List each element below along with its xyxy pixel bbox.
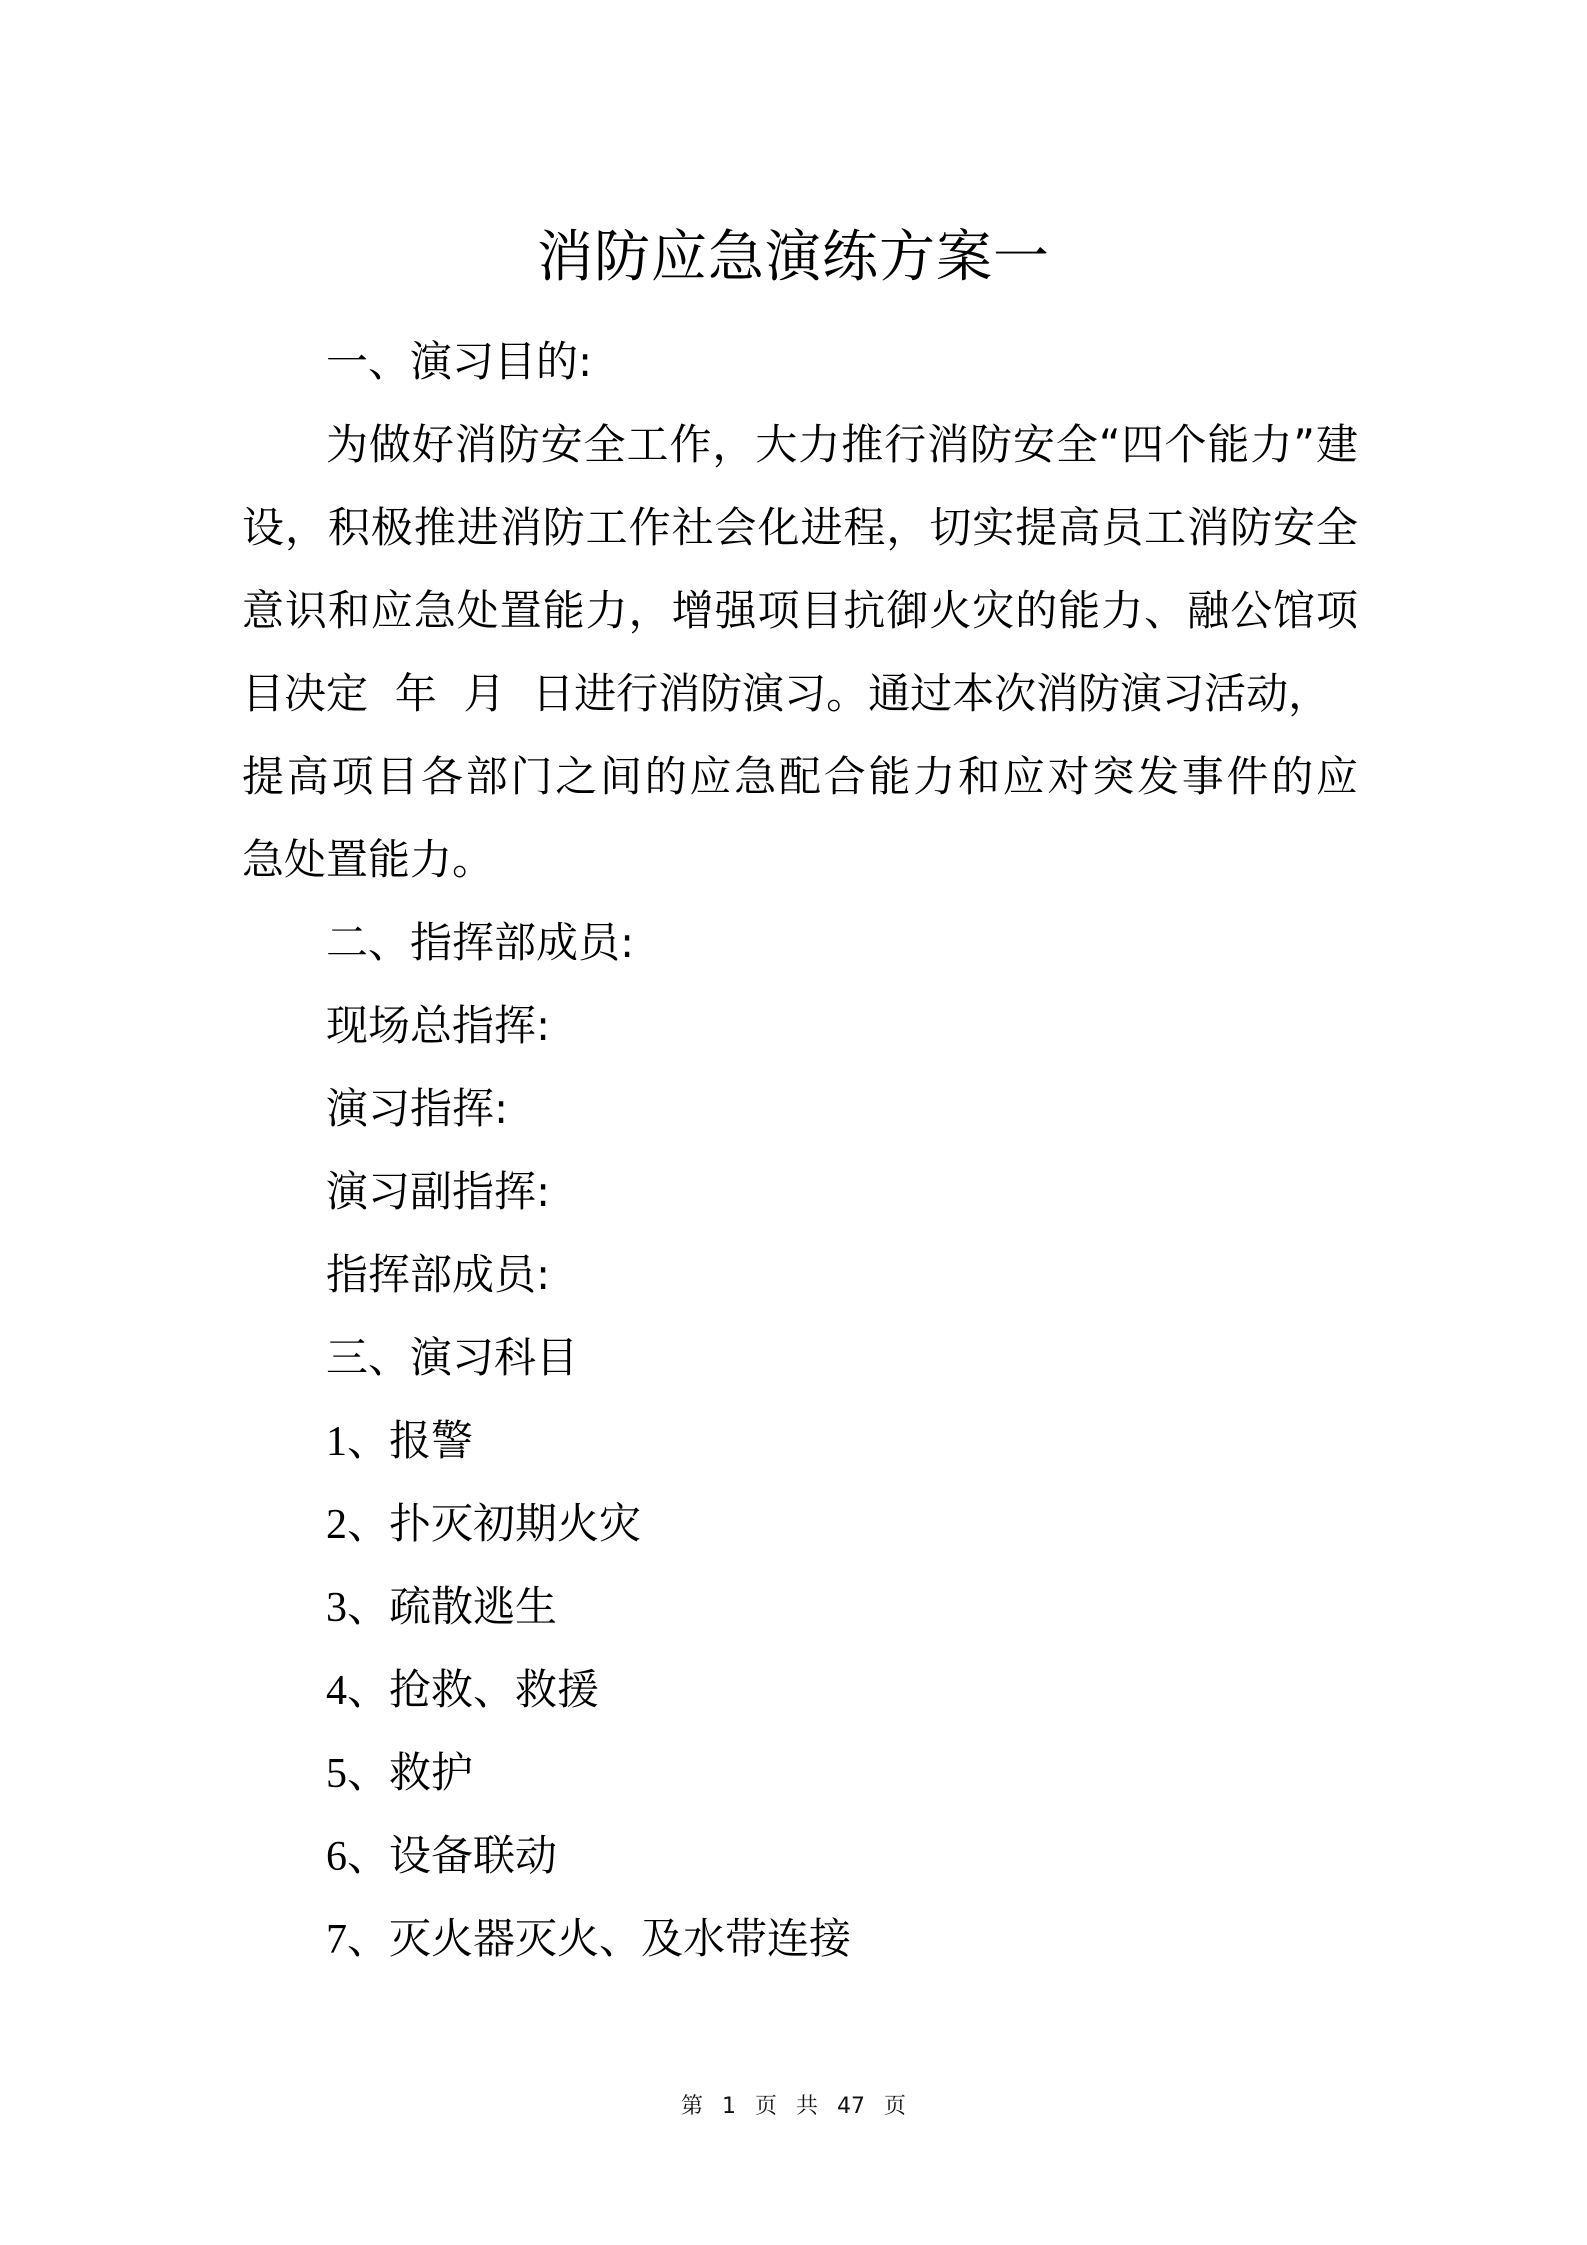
drill-item-number: 1、 xyxy=(326,1419,389,1465)
drill-item: 5、救护 xyxy=(326,1743,473,1804)
section-heading-purpose: 一、演习目的: xyxy=(326,332,592,392)
paragraph-line: 目决定 年 月 日进行消防演习。通过本次消防演习活动， xyxy=(242,664,1330,724)
drill-item-number: 7、 xyxy=(326,1917,389,1963)
paragraph-line: 意识和应急处置能力，增强项目抗御火灾的能力、融公馆项 xyxy=(242,581,1358,641)
command-member-item: 指挥部成员: xyxy=(326,1245,550,1305)
drill-item-text: 抢救、救援 xyxy=(389,1665,599,1714)
drill-item-number: 5、 xyxy=(326,1751,389,1797)
drill-item-number: 4、 xyxy=(326,1668,389,1714)
drill-item: 7、灭火器灭火、及水带连接 xyxy=(326,1909,851,1970)
command-member-item: 演习指挥: xyxy=(326,1079,508,1139)
drill-item-number: 3、 xyxy=(326,1585,389,1631)
paragraph-line: 提高项目各部门之间的应急配合能力和应对突发事件的应 xyxy=(242,747,1358,807)
section-heading-drills: 三、演习科目 xyxy=(326,1328,578,1388)
drill-item: 6、设备联动 xyxy=(326,1826,557,1887)
document-page: 消防应急演练方案一 一、演习目的: 为做好消防安全工作，大力推行消防安全“四个能… xyxy=(0,0,1587,2245)
drill-item-number: 2、 xyxy=(326,1502,389,1548)
drill-item-number: 6、 xyxy=(326,1834,389,1880)
drill-item: 1、报警 xyxy=(326,1411,473,1472)
drill-item-text: 设备联动 xyxy=(389,1831,557,1880)
paragraph-line: 为做好消防安全工作，大力推行消防安全“四个能力”建 xyxy=(326,415,1358,475)
drill-item-text: 灭火器灭火、及水带连接 xyxy=(389,1914,851,1963)
drill-item-text: 疏散逃生 xyxy=(389,1582,557,1631)
command-member-item: 现场总指挥: xyxy=(326,996,550,1056)
drill-item-text: 报警 xyxy=(389,1416,473,1465)
command-member-item: 演习副指挥: xyxy=(326,1162,550,1222)
document-title: 消防应急演练方案一 xyxy=(0,218,1587,298)
drill-item-text: 救护 xyxy=(389,1748,473,1797)
drill-item-text: 扑灭初期火灾 xyxy=(389,1499,641,1548)
drill-item: 2、扑灭初期火灾 xyxy=(326,1494,641,1555)
section-heading-command: 二、指挥部成员: xyxy=(326,913,634,973)
page-footer: 第 1 页 共 47 页 xyxy=(0,2092,1587,2122)
drill-item: 3、疏散逃生 xyxy=(326,1577,557,1638)
paragraph-line: 急处置能力。 xyxy=(242,830,494,890)
drill-item: 4、抢救、救援 xyxy=(326,1660,599,1721)
paragraph-line: 设，积极推进消防工作社会化进程，切实提高员工消防安全 xyxy=(242,498,1358,558)
